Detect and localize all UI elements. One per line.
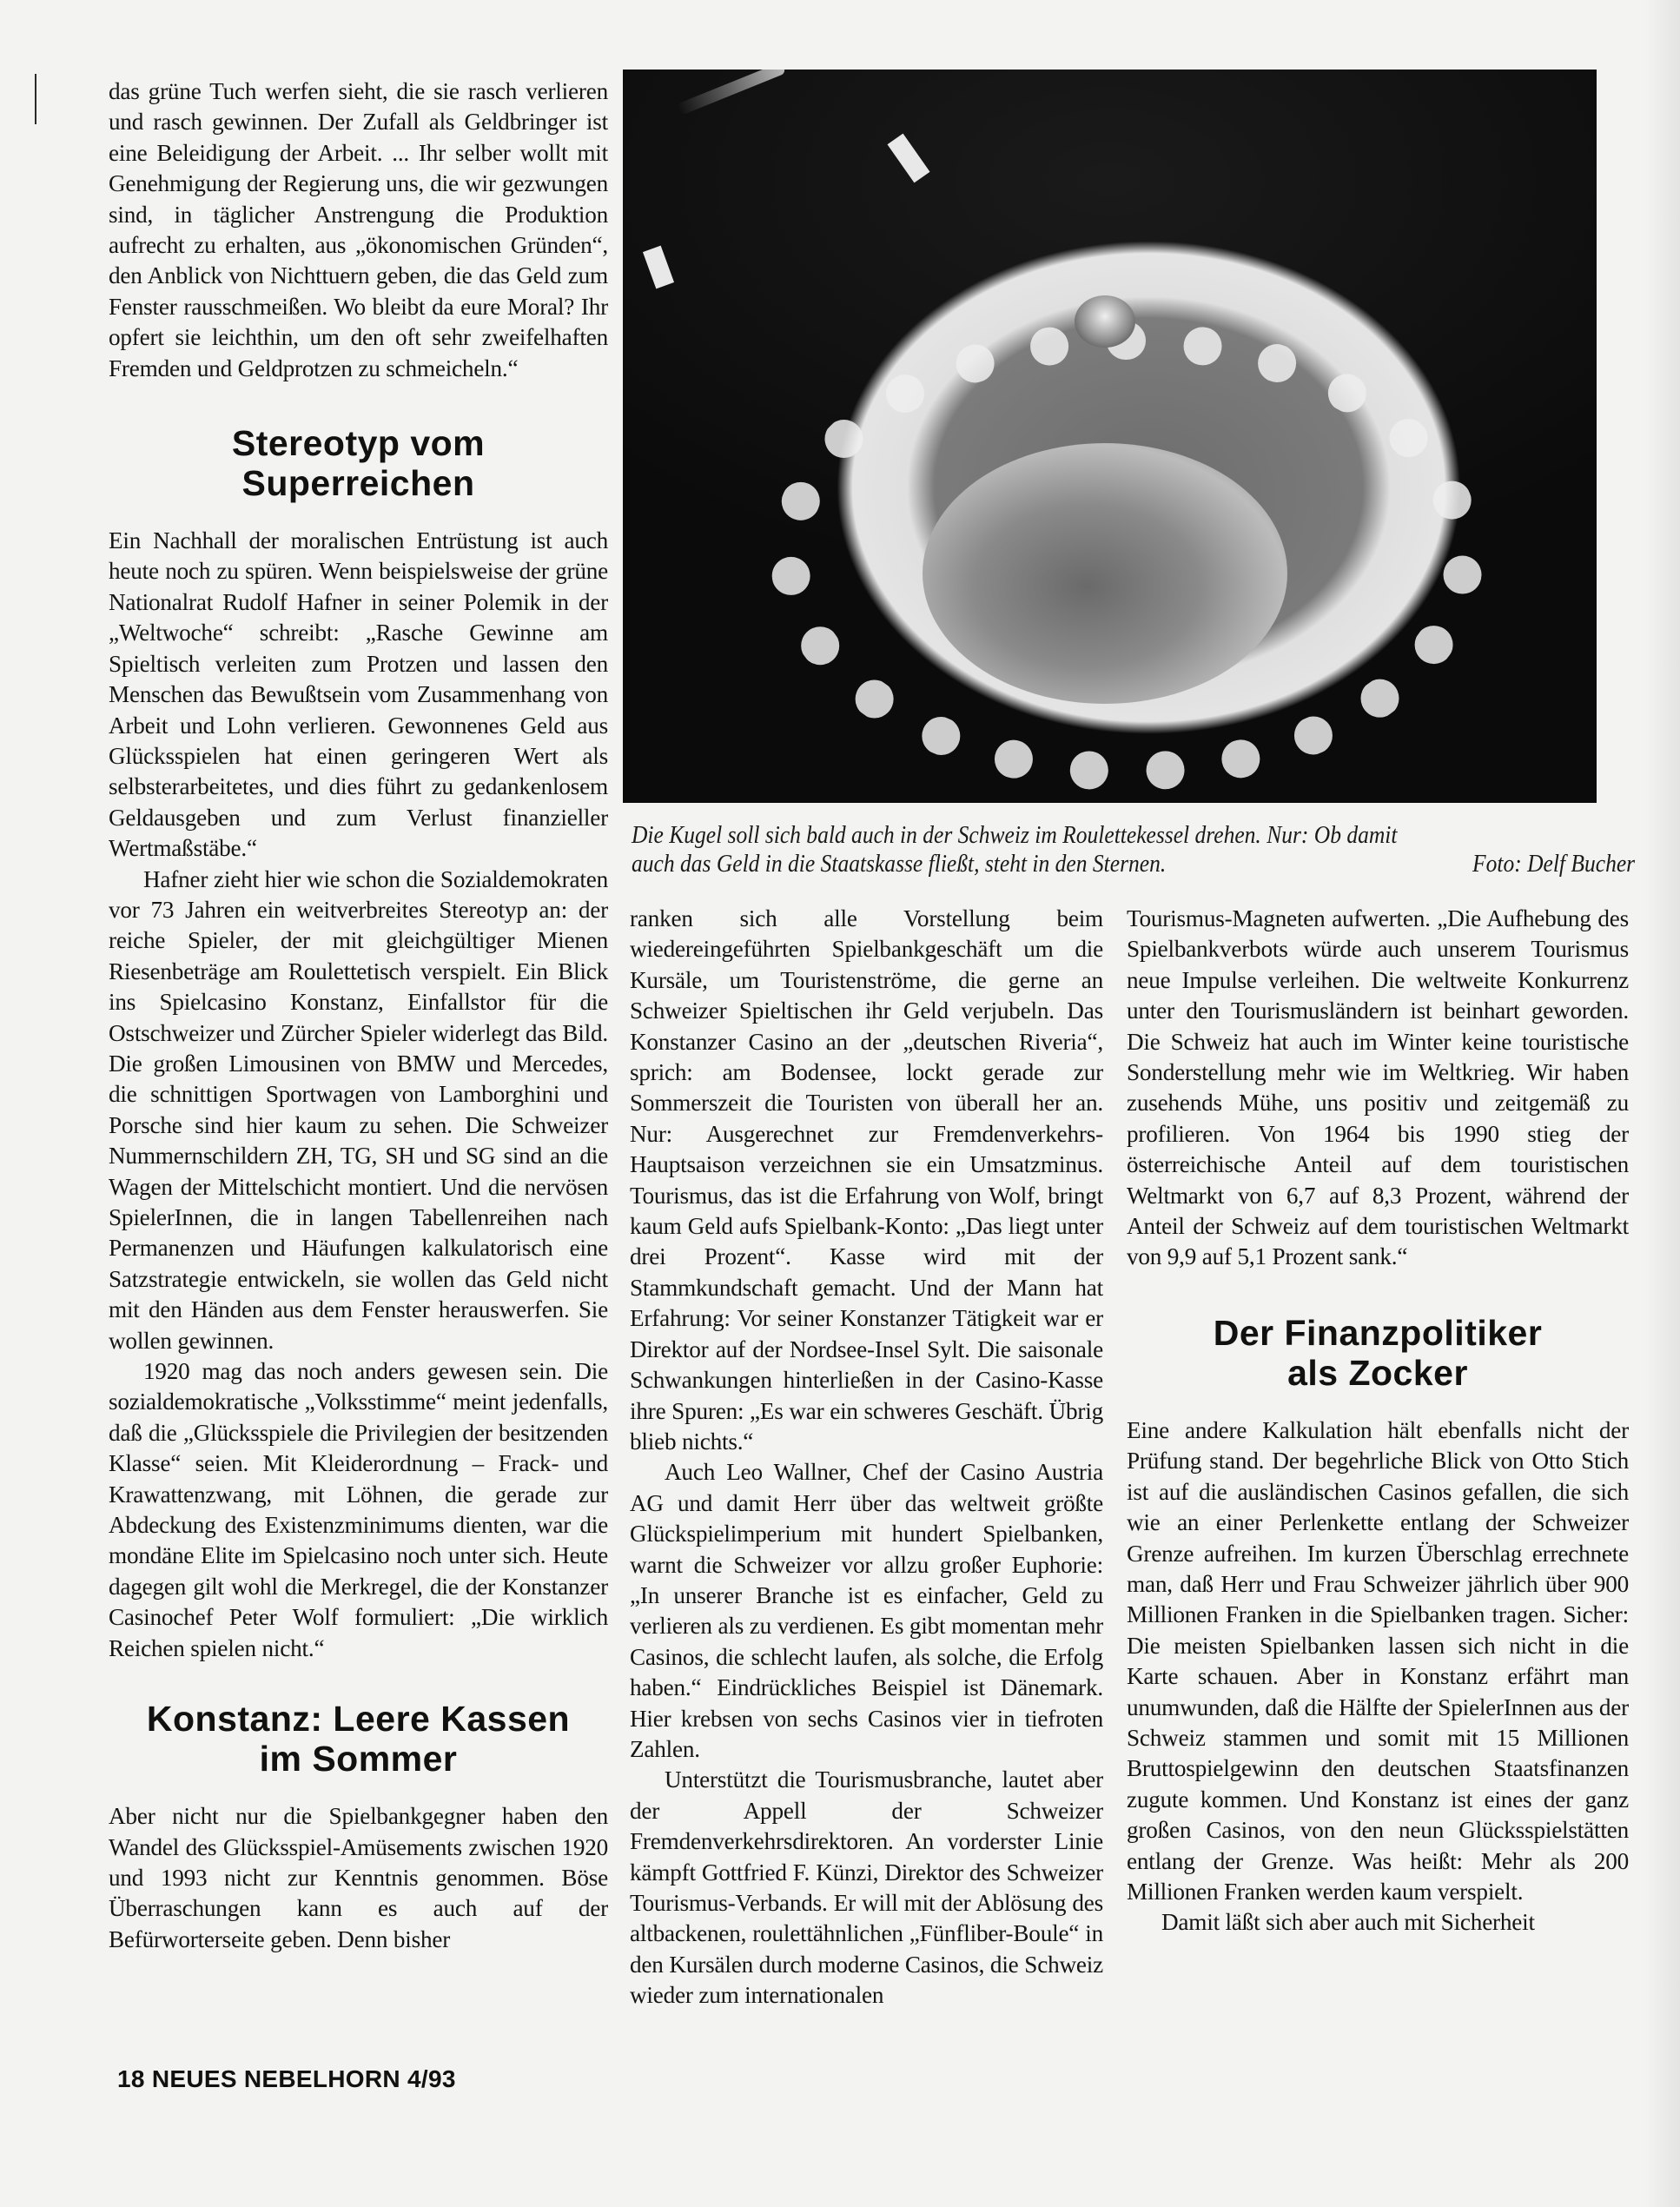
paragraph: Auch Leo Wallner, Chef der Casino Austri…: [630, 1457, 1103, 1765]
photo-credit: Foto: Delf Bucher: [1472, 850, 1635, 878]
paragraph: Tourismus-Magneten aufwerten. „Die Aufhe…: [1127, 904, 1629, 1273]
left-column: das grüne Tuch werfen sieht, die sie ras…: [109, 76, 608, 1955]
casino-chip: [888, 134, 930, 183]
casino-chip: [643, 246, 674, 289]
paragraph: Ein Nachhall der moralischen Entrüstung …: [109, 526, 608, 864]
photo-caption: Die Kugel soll sich bald auch in der Sch…: [632, 821, 1606, 878]
subheading-finanzpolitiker: Der Finanzpolitiker als Zocker: [1127, 1313, 1629, 1393]
caption-text: auch das Geld in die Staatskasse fließt,…: [632, 850, 1166, 878]
page-edge-shadow: [1645, 0, 1680, 2207]
subheading-line: Konstanz: Leere Kassen: [147, 1699, 570, 1739]
roulette-photo: [623, 70, 1597, 803]
paragraph: Eine andere Kalkulation hält ebenfalls n…: [1127, 1415, 1629, 1908]
paragraph: Hafner zieht hier wie schon die Sozialde…: [109, 865, 608, 1357]
right-column: Tourismus-Magneten aufwerten. „Die Aufhe…: [1127, 904, 1629, 1939]
paragraph: Aber nicht nur die Spielbankgegner haben…: [109, 1801, 608, 1955]
page-footer: 18 NEUES NEBELHORN 4/93: [117, 2065, 456, 2093]
subheading-line: als Zocker: [1287, 1353, 1468, 1393]
subheading-konstanz: Konstanz: Leere Kassen im Sommer: [109, 1699, 608, 1779]
roulette-wheel-center: [923, 443, 1287, 704]
subheading-line: Stereotyp vom: [232, 423, 485, 463]
subheading-stereotyp: Stereotyp vom Superreichen: [109, 423, 608, 503]
margin-rule: [35, 74, 36, 124]
paragraph: 1920 mag das noch anders gewesen sein. D…: [109, 1356, 608, 1664]
subheading-line: Superreichen: [241, 463, 474, 503]
roulette-turret: [1075, 295, 1135, 348]
caption-line: Die Kugel soll sich bald auch in der Sch…: [632, 821, 1606, 850]
paragraph: das grüne Tuch werfen sieht, die sie ras…: [109, 76, 608, 384]
paragraph: Damit läßt sich aber auch mit Sicherheit: [1127, 1907, 1629, 1938]
paragraph: Unterstützt die Tourismusbranche, lautet…: [630, 1765, 1103, 2011]
light-streak: [677, 70, 786, 116]
subheading-line: im Sommer: [260, 1739, 458, 1779]
paragraph: ranken sich alle Vorstellung beim wieder…: [630, 904, 1103, 1457]
caption-line-2: auch das Geld in die Staatskasse fließt,…: [632, 850, 1606, 878]
subheading-line: Der Finanzpolitiker: [1214, 1313, 1543, 1353]
middle-column: ranken sich alle Vorstellung beim wieder…: [630, 904, 1103, 2011]
